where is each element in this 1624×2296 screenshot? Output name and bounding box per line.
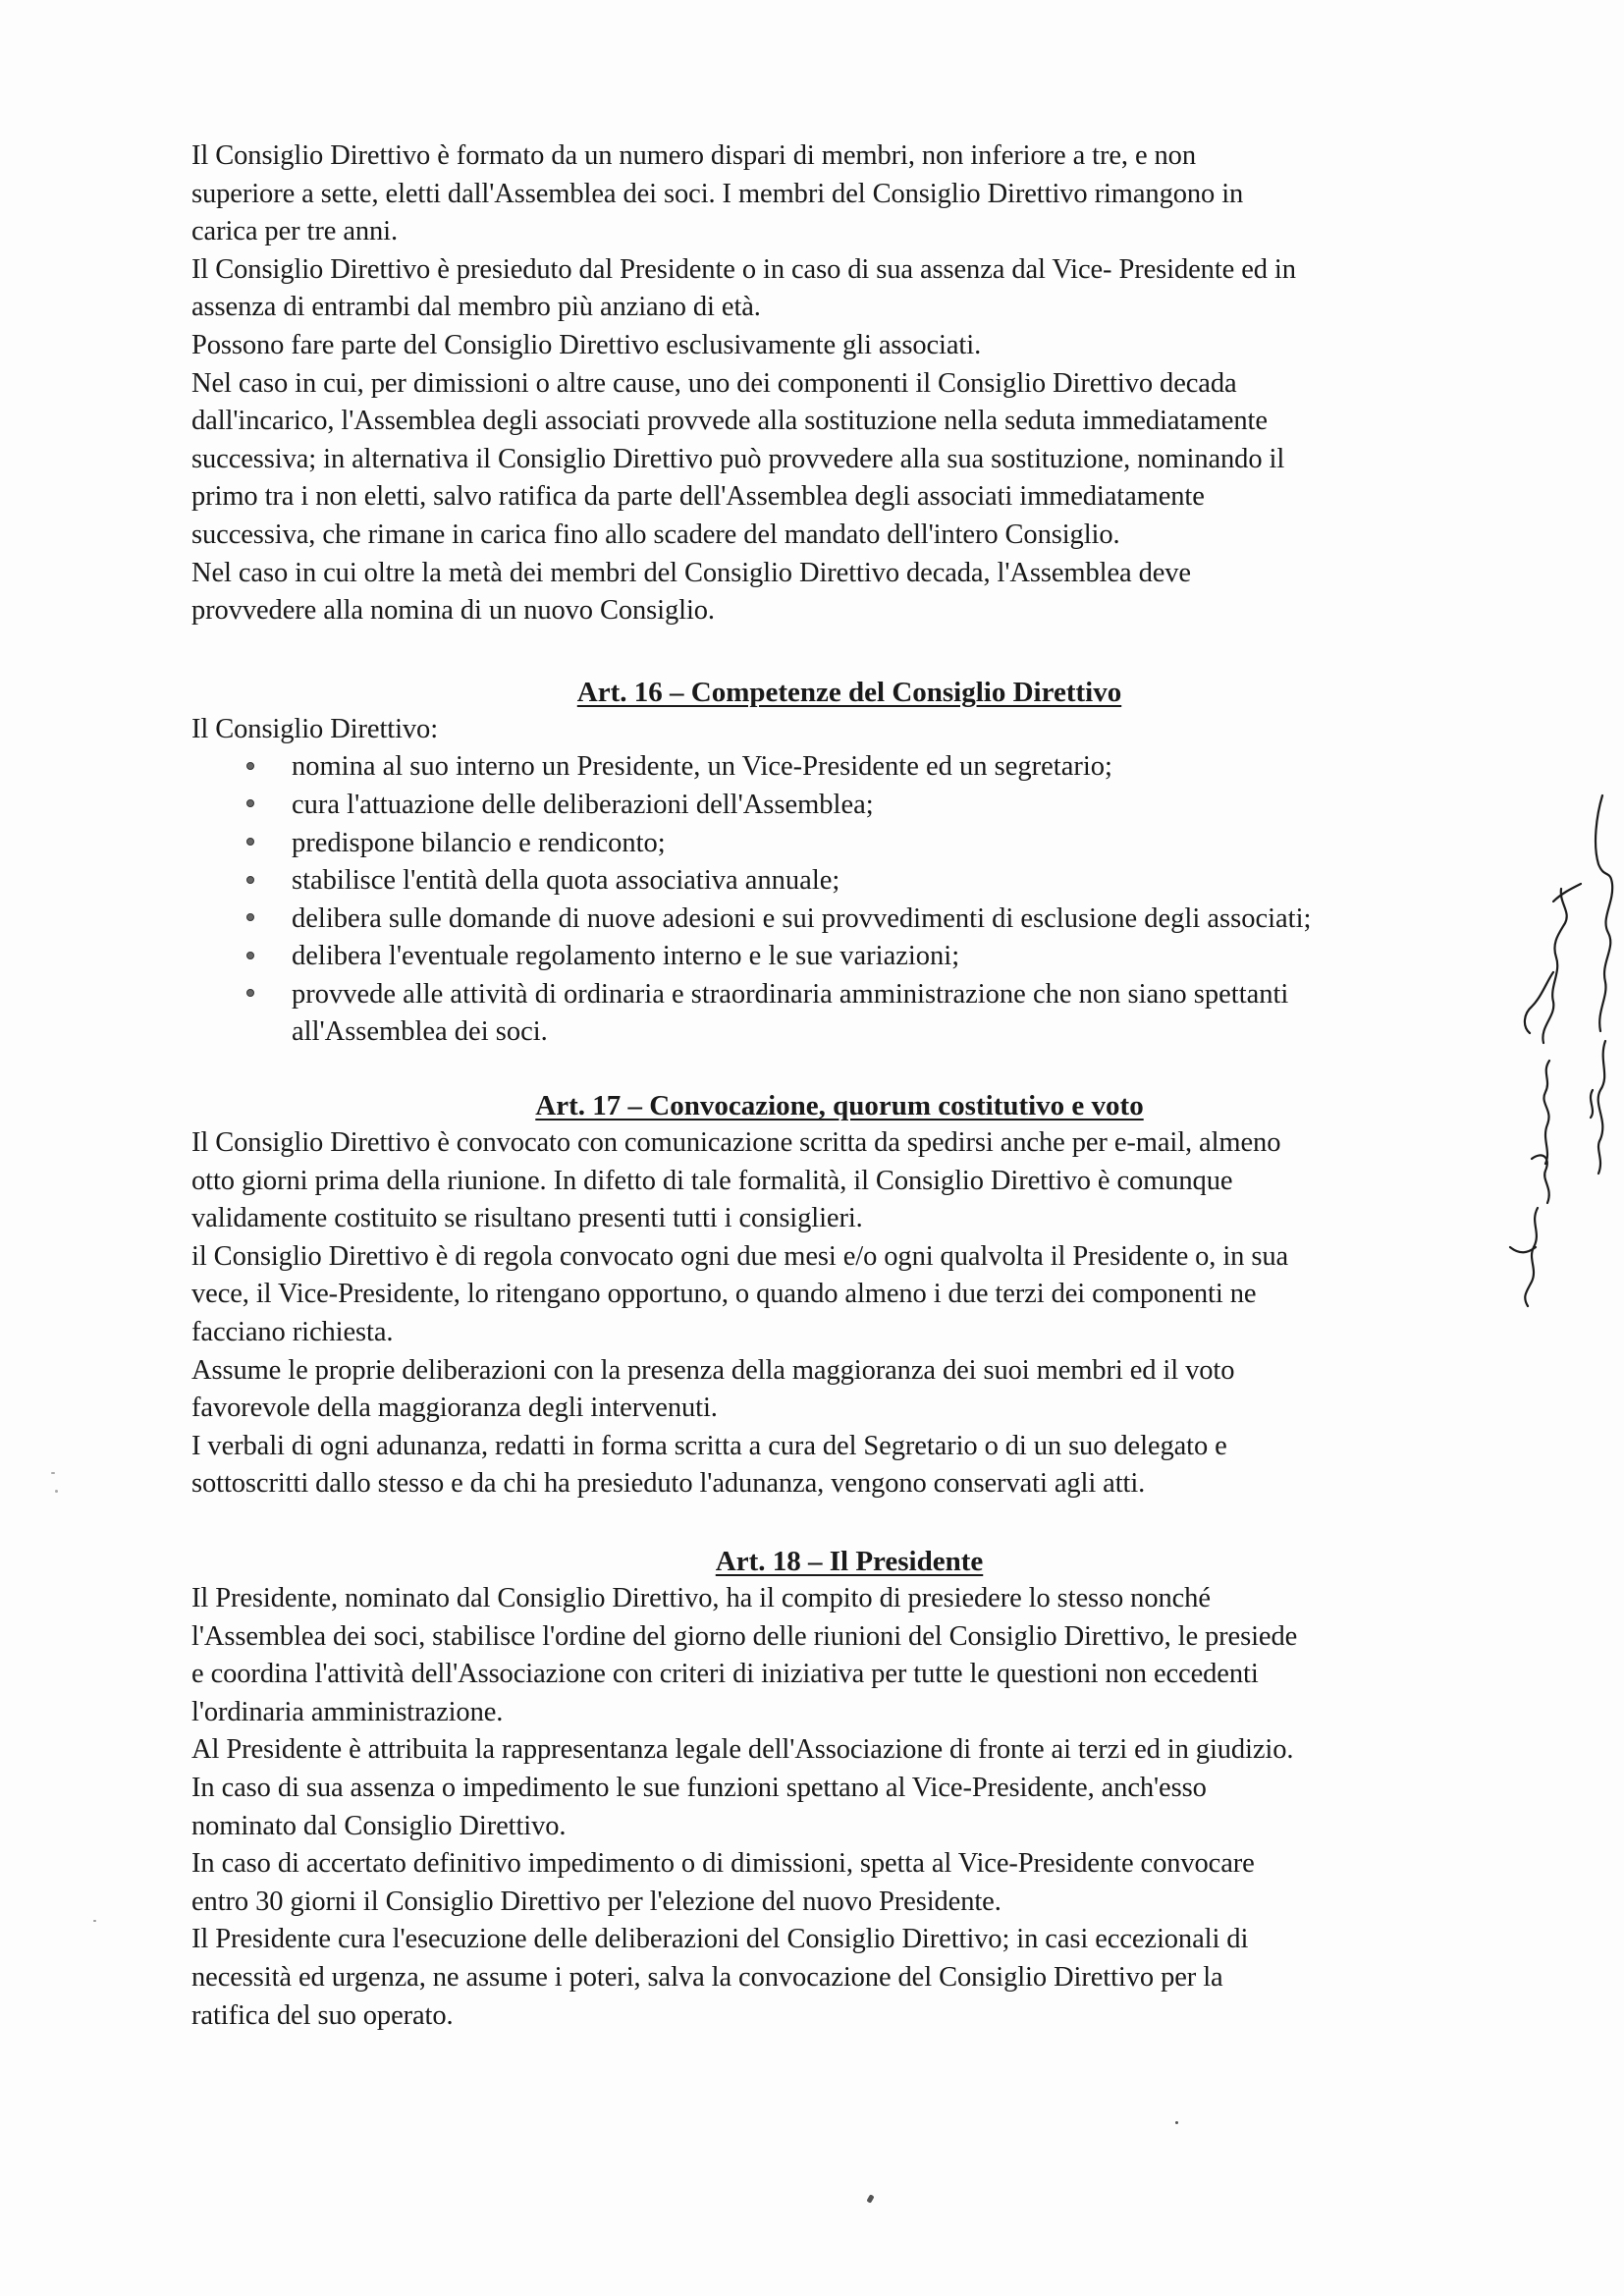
text-line: Il Consiglio Direttivo è formato da un n… (191, 137, 1537, 176)
article-heading: Art. 16 – Competenze del Consiglio Diret… (191, 674, 1507, 711)
list-item-text-continued: all'Assemblea dei soci. (191, 1013, 1537, 1052)
article-16: Art. 16 – Competenze del Consiglio Diret… (191, 674, 1537, 1052)
intro-section: Il Consiglio Direttivo è formato da un n… (191, 137, 1537, 630)
article-heading: Art. 18 – Il Presidente (191, 1543, 1507, 1580)
document-page: Il Consiglio Direttivo è formato da un n… (191, 137, 1537, 2035)
text-line: nominato dal Consiglio Direttivo. (191, 1808, 1537, 1846)
bullet-icon (191, 901, 292, 939)
bullet-icon (191, 787, 292, 825)
article-18: Art. 18 – Il Presidente Il Presidente, n… (191, 1543, 1537, 2035)
article-heading: Art. 17 – Convocazione, quorum costituti… (182, 1087, 1497, 1124)
text-line: successiva, che rimane in carica fino al… (191, 517, 1537, 555)
text-line: otto giorni prima della riunione. In dif… (191, 1163, 1537, 1201)
list-item-text: stabilisce l'entità della quota associat… (292, 862, 839, 901)
spacer (191, 1052, 1537, 1087)
scan-speck (51, 1472, 55, 1474)
spacer (191, 1503, 1537, 1543)
text-line: necessità ed urgenza, ne assume i poteri… (191, 1959, 1537, 1997)
list-item: predispone bilancio e rendiconto; (191, 825, 1537, 863)
bullet-icon (191, 938, 292, 976)
text-line: facciano richiesta. (191, 1314, 1537, 1352)
list-item-text: delibera sulle domande di nuove adesioni… (292, 901, 1311, 939)
text-line: entro 30 giorni il Consiglio Direttivo p… (191, 1884, 1537, 1922)
scan-speck (55, 1490, 58, 1493)
bullet-icon (191, 976, 292, 1014)
text-line: Il Consiglio Direttivo: (191, 711, 1537, 749)
text-line: vece, il Vice-Presidente, lo ritengano o… (191, 1276, 1537, 1314)
text-line: Nel caso in cui oltre la metà dei membri… (191, 555, 1537, 593)
list-item: stabilisce l'entità della quota associat… (191, 862, 1537, 901)
text-line: assenza di entrambi dal membro più anzia… (191, 289, 1537, 327)
text-line: l'ordinaria amministrazione. (191, 1694, 1537, 1732)
text-line: Il Presidente, nominato dal Consiglio Di… (191, 1580, 1537, 1618)
text-line: favorevole della maggioranza degli inter… (191, 1390, 1537, 1428)
text-line: ratifica del suo operato. (191, 1997, 1537, 2036)
text-line: il Consiglio Direttivo è di regola convo… (191, 1238, 1537, 1277)
list-item-text: provvede alle attività di ordinaria e st… (292, 976, 1288, 1014)
list-item-text: delibera l'eventuale regolamento interno… (292, 938, 959, 976)
text-line: Il Consiglio Direttivo è presieduto dal … (191, 251, 1537, 290)
spacer (191, 630, 1537, 674)
handwritten-signature-icon (1502, 786, 1624, 1316)
text-line: carica per tre anni. (191, 213, 1537, 251)
bullet-list: nomina al suo interno un Presidente, un … (191, 748, 1537, 1052)
text-line: dall'incarico, l'Assemblea degli associa… (191, 403, 1537, 441)
text-line: provvedere alla nomina di un nuovo Consi… (191, 592, 1537, 630)
list-item: delibera sulle domande di nuove adesioni… (191, 901, 1537, 939)
text-line: sottoscritti dallo stesso e da chi ha pr… (191, 1465, 1537, 1503)
article-17: Art. 17 – Convocazione, quorum costituti… (191, 1087, 1537, 1503)
list-item: cura l'attuazione delle deliberazioni de… (191, 787, 1537, 825)
text-line: Assume le proprie deliberazioni con la p… (191, 1352, 1537, 1391)
text-line: e coordina l'attività dell'Associazione … (191, 1656, 1537, 1694)
bullet-icon (191, 862, 292, 901)
list-item: nomina al suo interno un Presidente, un … (191, 748, 1537, 787)
list-item-text: predispone bilancio e rendiconto; (292, 825, 666, 863)
text-line: Il Consiglio Direttivo è convocato con c… (191, 1124, 1537, 1163)
text-line: I verbali di ogni adunanza, redatti in f… (191, 1428, 1537, 1466)
scan-speck (93, 1920, 96, 1922)
text-line: Il Presidente cura l'esecuzione delle de… (191, 1921, 1537, 1959)
text-line: Al Presidente è attribuita la rappresent… (191, 1731, 1537, 1770)
text-line: l'Assemblea dei soci, stabilisce l'ordin… (191, 1618, 1537, 1657)
list-item-text: nomina al suo interno un Presidente, un … (292, 748, 1112, 787)
text-line: validamente costituito se risultano pres… (191, 1200, 1537, 1238)
list-item-text: cura l'attuazione delle deliberazioni de… (292, 787, 874, 825)
bullet-icon (191, 825, 292, 863)
text-line: In caso di accertato definitivo impedime… (191, 1845, 1537, 1884)
list-item: delibera l'eventuale regolamento interno… (191, 938, 1537, 976)
text-line: primo tra i non eletti, salvo ratifica d… (191, 478, 1537, 517)
scan-speck (866, 2194, 874, 2203)
text-line: Nel caso in cui, per dimissioni o altre … (191, 365, 1537, 404)
text-line: In caso di sua assenza o impedimento le … (191, 1770, 1537, 1808)
list-item: provvede alle attività di ordinaria e st… (191, 976, 1537, 1014)
text-line: superiore a sette, eletti dall'Assemblea… (191, 176, 1537, 214)
text-line: successiva; in alternativa il Consiglio … (191, 441, 1537, 479)
text-line: Possono fare parte del Consiglio Diretti… (191, 327, 1537, 365)
scan-speck (1175, 2121, 1178, 2124)
bullet-icon (191, 748, 292, 787)
